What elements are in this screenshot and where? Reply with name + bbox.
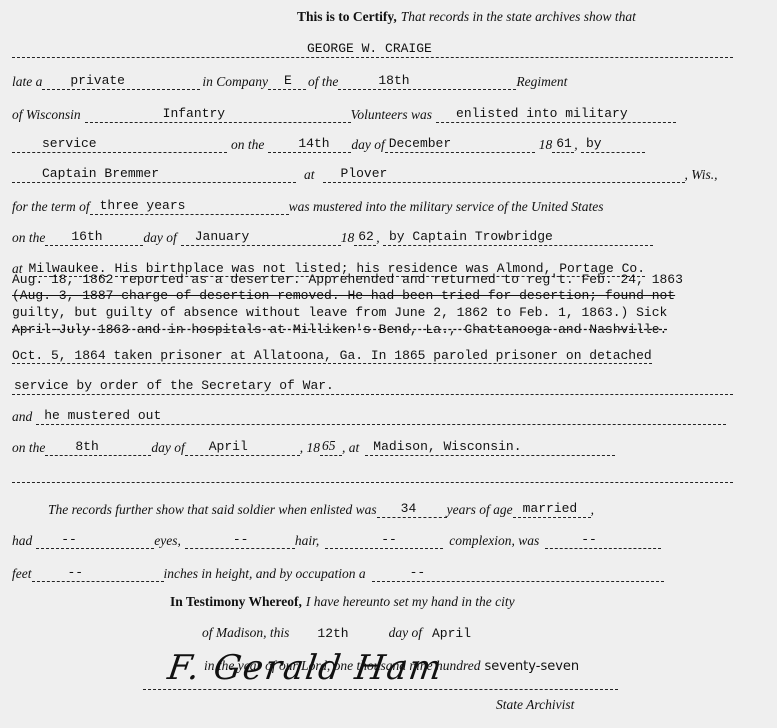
discharge-day: 8th bbox=[75, 439, 98, 454]
blank-rule bbox=[12, 482, 733, 483]
remark-line-6: service by order of the Secretary of War… bbox=[14, 378, 334, 393]
by-label: by bbox=[586, 136, 602, 151]
soldier-name: GEORGE W. CRAIGE bbox=[307, 41, 432, 56]
testimony-month: April bbox=[432, 626, 471, 641]
term-value: three years bbox=[100, 198, 186, 213]
discharge-year: 65 bbox=[322, 438, 336, 454]
discharge-month: April bbox=[209, 439, 248, 454]
mustered-by: by Captain Trowbridge bbox=[389, 229, 553, 244]
remark-line-3: guilty, but guilty of absence without le… bbox=[12, 305, 667, 320]
enlist-month: December bbox=[389, 136, 451, 151]
occupation-value: -- bbox=[410, 565, 426, 580]
enlisted-by-row: Captain Bremmer at Plover , Wis., bbox=[12, 163, 718, 183]
testimony-heading: In Testimony Whereof, I have hereunto se… bbox=[170, 593, 515, 611]
name-rule bbox=[12, 57, 733, 58]
remark-final-row: service by order of the Secretary of War… bbox=[12, 375, 733, 395]
archivist-title: State Archivist bbox=[496, 697, 574, 713]
eyes-value: -- bbox=[61, 532, 77, 547]
discharge-row: and he mustered out bbox=[12, 405, 726, 425]
marital-value: married bbox=[523, 501, 578, 516]
height-in-value: -- bbox=[68, 565, 84, 580]
enlist-day: 14th bbox=[298, 136, 329, 151]
remark-line-1: Aug. 18, 1862 reported as a deserter. Ap… bbox=[12, 272, 683, 287]
muster-year: 62 bbox=[358, 229, 374, 244]
discharge-date-row: on the 8th day of April , 18 65 , at Mad… bbox=[12, 436, 615, 456]
discharge-action: he mustered out bbox=[44, 408, 161, 423]
year-typed: seventy-seven bbox=[484, 659, 579, 674]
age-row: The records further show that said soldi… bbox=[48, 498, 594, 518]
muster-month: January bbox=[195, 229, 250, 244]
enlistment-action-cont: service bbox=[42, 136, 97, 151]
complexion-value: -- bbox=[381, 532, 397, 547]
height-ft-value: -- bbox=[581, 532, 597, 547]
testimony-day: 12th bbox=[317, 626, 348, 641]
hair-value: -- bbox=[233, 532, 249, 547]
discharge-place: Madison, Wisconsin. bbox=[373, 439, 521, 454]
rank-value: private bbox=[70, 73, 125, 88]
signature-rule bbox=[143, 689, 618, 690]
enlisted-by: Captain Bremmer bbox=[42, 166, 159, 181]
term-row: for the term of three years was mustered… bbox=[12, 195, 603, 215]
enlist-date-row: service on the 14th day of December 18 6… bbox=[12, 133, 645, 153]
certify-heading: This is to Certify, That records in the … bbox=[297, 8, 636, 26]
regiment-value: 18th bbox=[378, 73, 409, 88]
remark-line-5: Oct. 5, 1864 taken prisoner at Allatoona… bbox=[12, 348, 652, 364]
rank-row: late a private in Company E of the 18th … bbox=[12, 70, 567, 90]
muster-day: 16th bbox=[71, 229, 102, 244]
features-row: had -- eyes, -- hair, -- complexion, was… bbox=[12, 529, 661, 549]
enlist-year: 61 bbox=[556, 136, 572, 151]
enlistment-action: enlisted into military bbox=[456, 106, 628, 121]
remark-line-4: April-July 1863 and in hospitals at Mill… bbox=[12, 322, 667, 337]
company-value: E bbox=[284, 73, 292, 88]
muster-row: on the 16th day of January 18 62 , by Ca… bbox=[12, 226, 653, 246]
branch-value: Infantry bbox=[163, 106, 225, 121]
branch-row: of Wisconsin Infantry Volunteers was enl… bbox=[12, 103, 676, 123]
archivist-signature: F. Gerald Ham bbox=[165, 648, 446, 688]
testimony-date: of Madison, this 12th day of April bbox=[202, 624, 471, 642]
occupation-row: feet -- inches in height, and by occupat… bbox=[12, 562, 664, 582]
enlist-place: Plover bbox=[341, 166, 388, 181]
remark-line-2: (Aug. 3, 1887 charge of desertion remove… bbox=[12, 288, 675, 303]
age-value: 34 bbox=[401, 501, 417, 516]
